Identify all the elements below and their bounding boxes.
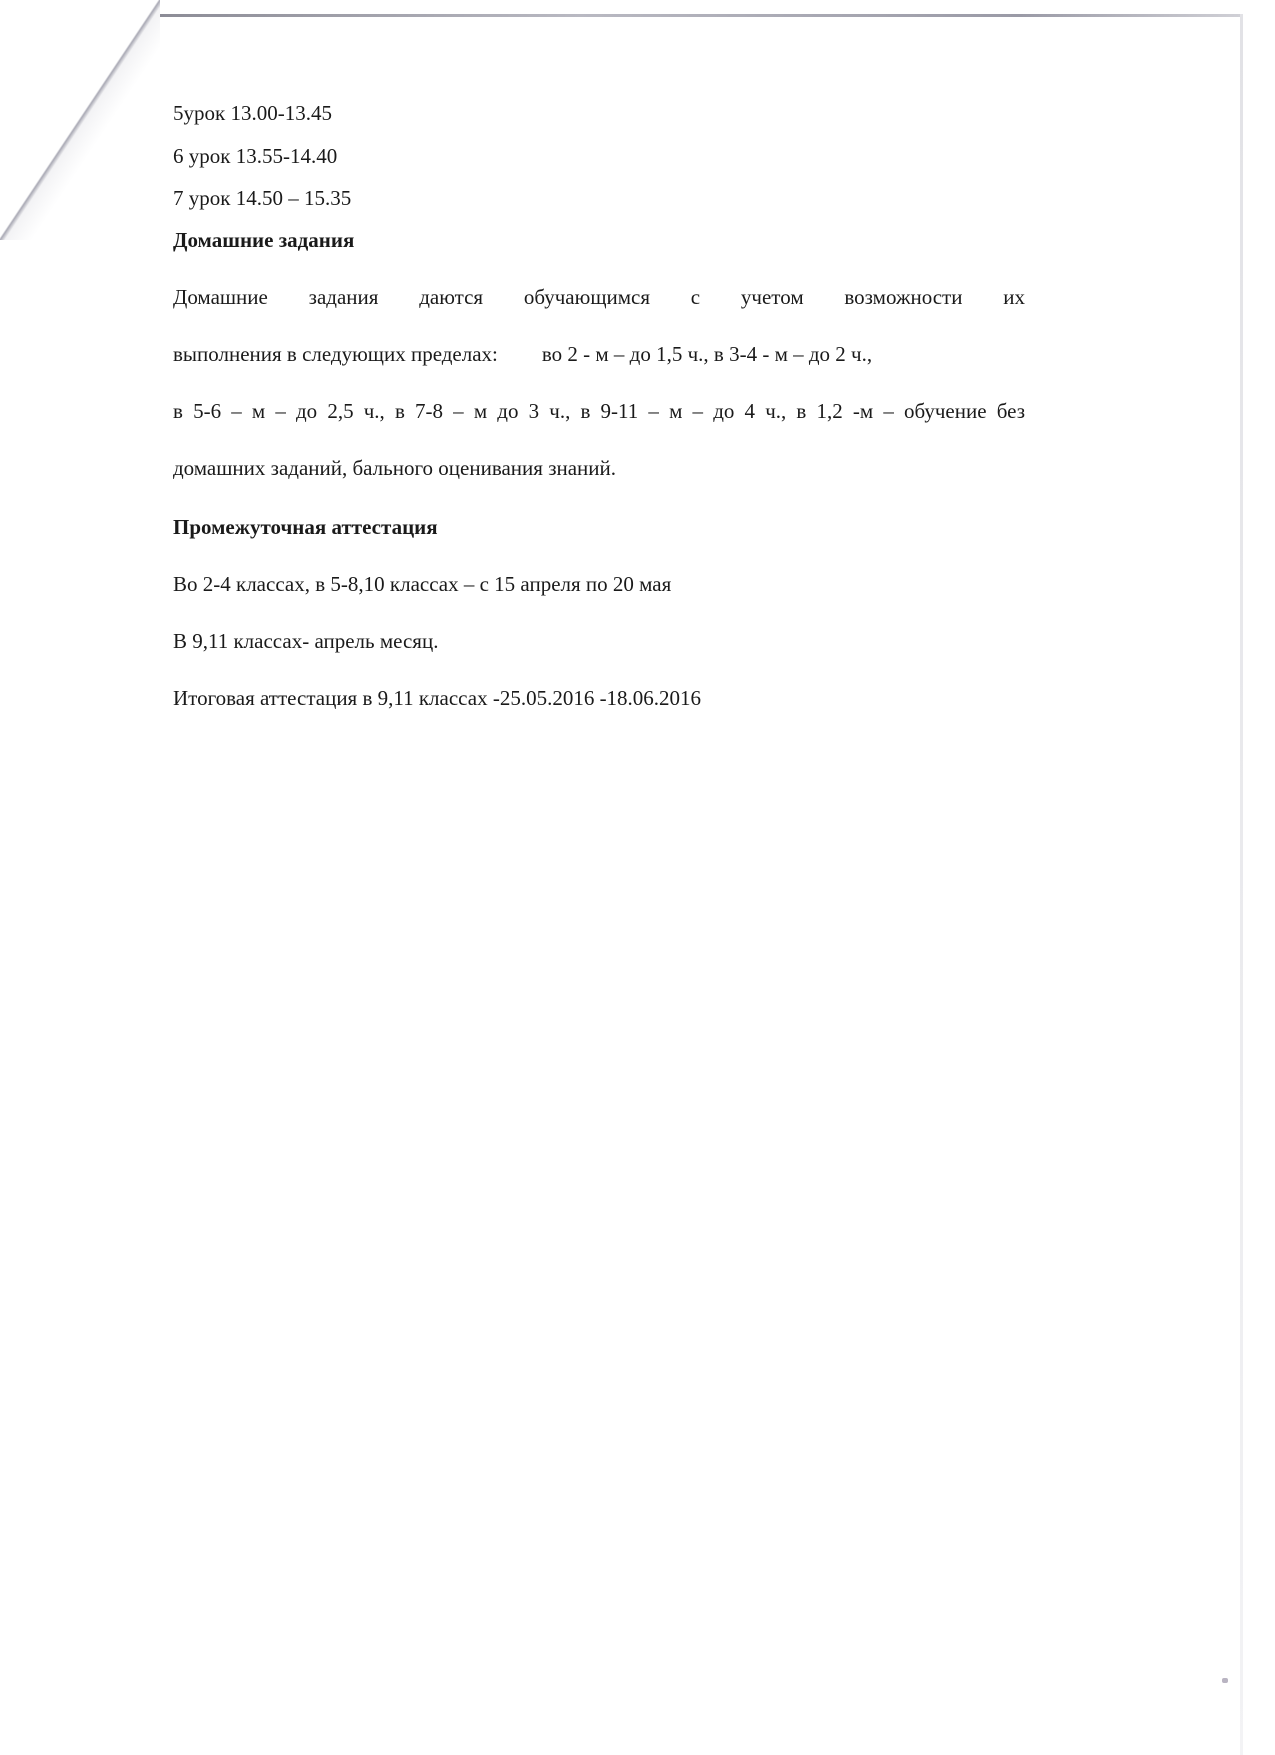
schedule-line-5: 5урок 13.00-13.45 [173, 100, 332, 126]
scan-right-edge [1240, 14, 1243, 1755]
attestation-line-1: Во 2-4 классах, в 5-8,10 классах – с 15 … [173, 571, 671, 597]
scan-top-edge [140, 14, 1240, 17]
final-attestation-line: Итоговая аттестация в 9,11 классах -25.0… [173, 685, 701, 711]
attestation-line-2: В 9,11 классах- апрель месяц. [173, 628, 438, 654]
homework-paragraph-line-1: Домашние задания даются обучающимся с уч… [173, 284, 1025, 310]
scan-speck [1222, 1678, 1228, 1683]
homework-line-2a: выполнения в следующих пределах: [173, 342, 498, 366]
attestation-heading: Промежуточная аттестация [173, 514, 438, 540]
homework-paragraph-line-2: выполнения в следующих пределах:во 2 - м… [173, 341, 872, 367]
homework-paragraph-line-4: домашних заданий, бального оценивания зн… [173, 455, 616, 481]
scan-folded-corner [0, 0, 160, 240]
homework-line-2b: во 2 - м – до 1,5 ч., в 3-4 - м – до 2 ч… [542, 342, 872, 366]
schedule-line-6: 6 урок 13.55-14.40 [173, 143, 337, 169]
homework-paragraph-line-3: в 5-6 – м – до 2,5 ч., в 7-8 – м до 3 ч.… [173, 398, 1025, 424]
schedule-line-7: 7 урок 14.50 – 15.35 [173, 185, 351, 211]
homework-heading: Домашние задания [173, 227, 354, 253]
